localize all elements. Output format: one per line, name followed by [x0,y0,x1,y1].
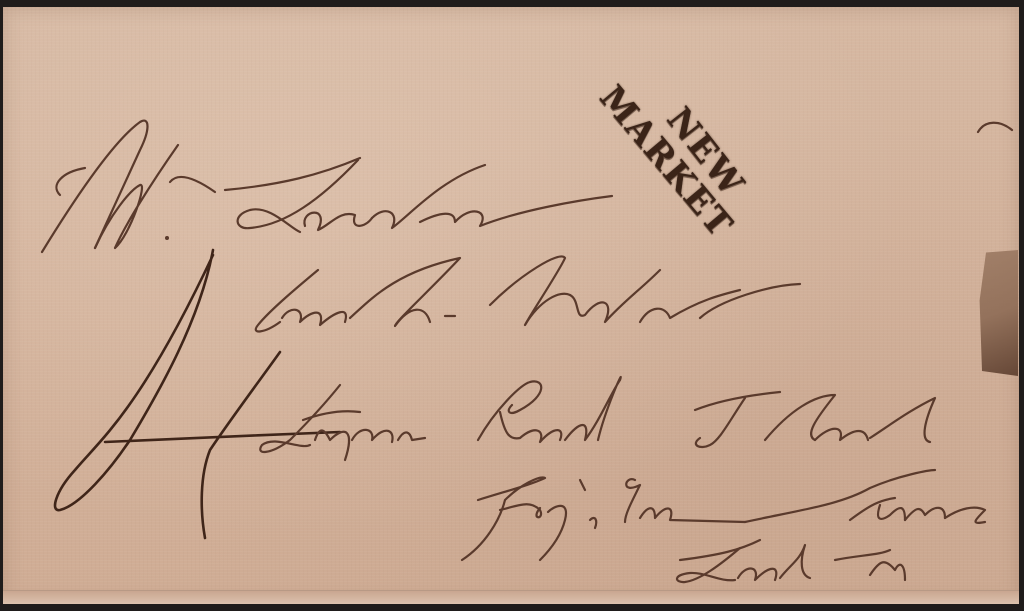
address-line-2-strokes [256,256,800,331]
margin-flourish [978,123,1012,132]
address-line-5-strokes [677,540,905,582]
address-line-1-strokes [42,121,612,252]
address-line-3-strokes [260,377,935,460]
address-line-4-strokes [462,470,985,560]
handwriting-layer [0,0,1024,611]
charge-mark-strokes [55,250,340,538]
